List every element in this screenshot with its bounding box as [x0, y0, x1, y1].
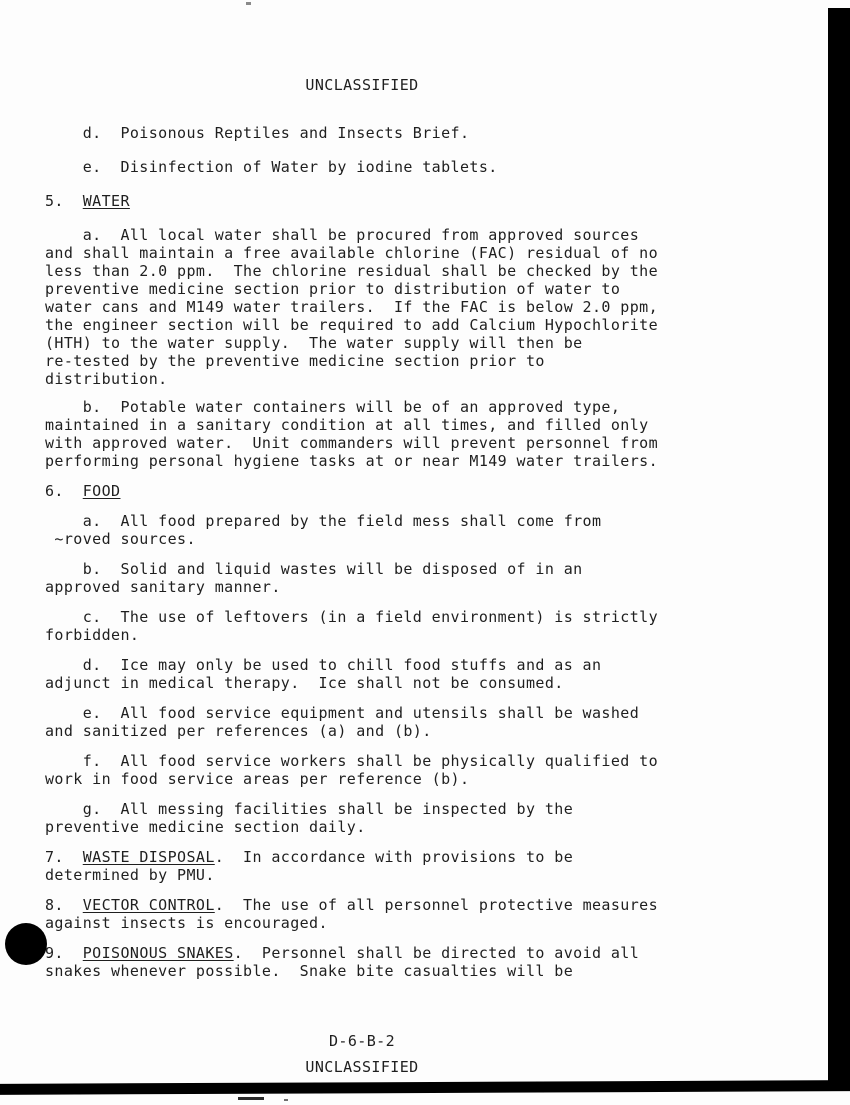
- text-line: preventive medicine section prior to dis…: [45, 280, 725, 298]
- paragraph: e. All food service equipment and utensi…: [45, 704, 725, 740]
- paragraph: b. Solid and liquid wastes will be dispo…: [45, 560, 725, 596]
- text-line: b. Potable water containers will be of a…: [45, 398, 725, 416]
- text-line: approved sanitary manner.: [45, 578, 725, 596]
- body-text: re-tested by the preventive medicine sec…: [45, 352, 545, 370]
- body-text: (HTH) to the water supply. The water sup…: [45, 334, 583, 352]
- body-text: snakes whenever possible. Snake bite cas…: [45, 962, 573, 980]
- paragraph: 8. VECTOR CONTROL. The use of all person…: [45, 896, 725, 932]
- body-text: less than 2.0 ppm. The chlorine residual…: [45, 262, 658, 280]
- body-text: g. All messing facilities shall be inspe…: [45, 800, 573, 818]
- section-heading-text: FOOD: [83, 482, 121, 500]
- scan-artifact-top-dot: [246, 2, 251, 5]
- text-line: 6. FOOD: [45, 482, 725, 500]
- body-text: . The use of all personnel protective me…: [215, 896, 658, 914]
- paragraph: g. All messing facilities shall be inspe…: [45, 800, 725, 836]
- hole-punch-mark: [5, 923, 47, 965]
- paragraph: f. All food service workers shall be phy…: [45, 752, 725, 788]
- text-line: f. All food service workers shall be phy…: [45, 752, 725, 770]
- text-line: less than 2.0 ppm. The chlorine residual…: [45, 262, 725, 280]
- body-text: maintained in a sanitary condition at al…: [45, 416, 649, 434]
- text-line: preventive medicine section daily.: [45, 818, 725, 836]
- body-text: against insects is encouraged.: [45, 914, 328, 932]
- text-line: with approved water. Unit commanders wil…: [45, 434, 725, 452]
- paragraph: a. All local water shall be procured fro…: [45, 226, 725, 388]
- body-text: and sanitized per references (a) and (b)…: [45, 722, 432, 740]
- body-text: distribution.: [45, 370, 168, 388]
- text-line: distribution.: [45, 370, 725, 388]
- body-text: 8.: [45, 896, 83, 914]
- paragraph: a. All food prepared by the field mess s…: [45, 512, 725, 548]
- body-text: e. All food service equipment and utensi…: [45, 704, 639, 722]
- text-line: 7. WASTE DISPOSAL. In accordance with pr…: [45, 848, 725, 866]
- body-text: d. Ice may only be used to chill food st…: [45, 656, 601, 674]
- text-line: e. All food service equipment and utensi…: [45, 704, 725, 722]
- document-body: d. Poisonous Reptiles and Insects Brief.…: [45, 124, 725, 992]
- text-line: forbidden.: [45, 626, 725, 644]
- body-text: 7.: [45, 848, 83, 866]
- text-line: a. All local water shall be procured fro…: [45, 226, 725, 244]
- page-number: D-6-B-2: [0, 1032, 724, 1050]
- paragraph: 6. FOOD: [45, 482, 725, 500]
- section-heading-text: POISONOUS SNAKES: [83, 944, 234, 962]
- scan-artifact-bottom-dot: [284, 1099, 288, 1101]
- body-text: ~roved sources.: [45, 530, 196, 548]
- body-text: a. All local water shall be procured fro…: [45, 226, 639, 244]
- text-line: a. All food prepared by the field mess s…: [45, 512, 725, 530]
- body-text: f. All food service workers shall be phy…: [45, 752, 658, 770]
- text-line: c. The use of leftovers (in a field envi…: [45, 608, 725, 626]
- text-line: adjunct in medical therapy. Ice shall no…: [45, 674, 725, 692]
- paragraph: 5. WATER: [45, 192, 725, 210]
- scan-edge-bar-right: [828, 8, 850, 1088]
- classification-header: UNCLASSIFIED: [0, 76, 724, 94]
- paragraph: 9. POISONOUS SNAKES. Personnel shall be …: [45, 944, 725, 980]
- section-heading-text: WASTE DISPOSAL: [83, 848, 215, 866]
- text-line: re-tested by the preventive medicine sec…: [45, 352, 725, 370]
- text-line: (HTH) to the water supply. The water sup…: [45, 334, 725, 352]
- text-line: work in food service areas per reference…: [45, 770, 725, 788]
- body-text: water cans and M149 water trailers. If t…: [45, 298, 658, 316]
- body-text: forbidden.: [45, 626, 139, 644]
- scanned-document-page: UNCLASSIFIED d. Poisonous Reptiles and I…: [0, 0, 850, 1105]
- body-text: 9.: [45, 944, 83, 962]
- body-text: and shall maintain a free available chlo…: [45, 244, 658, 262]
- text-line: maintained in a sanitary condition at al…: [45, 416, 725, 434]
- scan-edge-bar-bottom: [0, 1080, 850, 1095]
- text-line: against insects is encouraged.: [45, 914, 725, 932]
- body-text: d. Poisonous Reptiles and Insects Brief.: [45, 124, 469, 142]
- body-text: . In accordance with provisions to be: [215, 848, 573, 866]
- text-line: b. Solid and liquid wastes will be dispo…: [45, 560, 725, 578]
- scan-artifact-bottom-dash: [238, 1097, 264, 1100]
- body-text: b. Potable water containers will be of a…: [45, 398, 620, 416]
- body-text: b. Solid and liquid wastes will be dispo…: [45, 560, 583, 578]
- text-line: d. Ice may only be used to chill food st…: [45, 656, 725, 674]
- text-line: ~roved sources.: [45, 530, 725, 548]
- body-text: the engineer section will be required to…: [45, 316, 658, 334]
- body-text: preventive medicine section daily.: [45, 818, 366, 836]
- section-heading-text: VECTOR CONTROL: [83, 896, 215, 914]
- text-line: water cans and M149 water trailers. If t…: [45, 298, 725, 316]
- text-line: d. Poisonous Reptiles and Insects Brief.: [45, 124, 725, 142]
- text-line: and sanitized per references (a) and (b)…: [45, 722, 725, 740]
- paragraph: 7. WASTE DISPOSAL. In accordance with pr…: [45, 848, 725, 884]
- text-line: 8. VECTOR CONTROL. The use of all person…: [45, 896, 725, 914]
- paragraph: c. The use of leftovers (in a field envi…: [45, 608, 725, 644]
- text-line: and shall maintain a free available chlo…: [45, 244, 725, 262]
- text-line: determined by PMU.: [45, 866, 725, 884]
- body-text: a. All food prepared by the field mess s…: [45, 512, 601, 530]
- body-text: performing personal hygiene tasks at or …: [45, 452, 658, 470]
- body-text: 6.: [45, 482, 83, 500]
- body-text: . Personnel shall be directed to avoid a…: [234, 944, 640, 962]
- body-text: 5.: [45, 192, 83, 210]
- body-text: e. Disinfection of Water by iodine table…: [45, 158, 498, 176]
- text-line: performing personal hygiene tasks at or …: [45, 452, 725, 470]
- body-text: work in food service areas per reference…: [45, 770, 469, 788]
- text-line: snakes whenever possible. Snake bite cas…: [45, 962, 725, 980]
- paragraph: e. Disinfection of Water by iodine table…: [45, 158, 725, 176]
- text-line: the engineer section will be required to…: [45, 316, 725, 334]
- paragraph: d. Ice may only be used to chill food st…: [45, 656, 725, 692]
- body-text: determined by PMU.: [45, 866, 215, 884]
- body-text: preventive medicine section prior to dis…: [45, 280, 620, 298]
- paragraph: d. Poisonous Reptiles and Insects Brief.: [45, 124, 725, 142]
- body-text: with approved water. Unit commanders wil…: [45, 434, 658, 452]
- text-line: 5. WATER: [45, 192, 725, 210]
- body-text: approved sanitary manner.: [45, 578, 281, 596]
- body-text: adjunct in medical therapy. Ice shall no…: [45, 674, 564, 692]
- text-line: e. Disinfection of Water by iodine table…: [45, 158, 725, 176]
- text-line: g. All messing facilities shall be inspe…: [45, 800, 725, 818]
- text-line: 9. POISONOUS SNAKES. Personnel shall be …: [45, 944, 725, 962]
- section-heading-text: WATER: [83, 192, 130, 210]
- paragraph: b. Potable water containers will be of a…: [45, 398, 725, 470]
- body-text: c. The use of leftovers (in a field envi…: [45, 608, 658, 626]
- classification-footer: UNCLASSIFIED: [0, 1058, 724, 1076]
